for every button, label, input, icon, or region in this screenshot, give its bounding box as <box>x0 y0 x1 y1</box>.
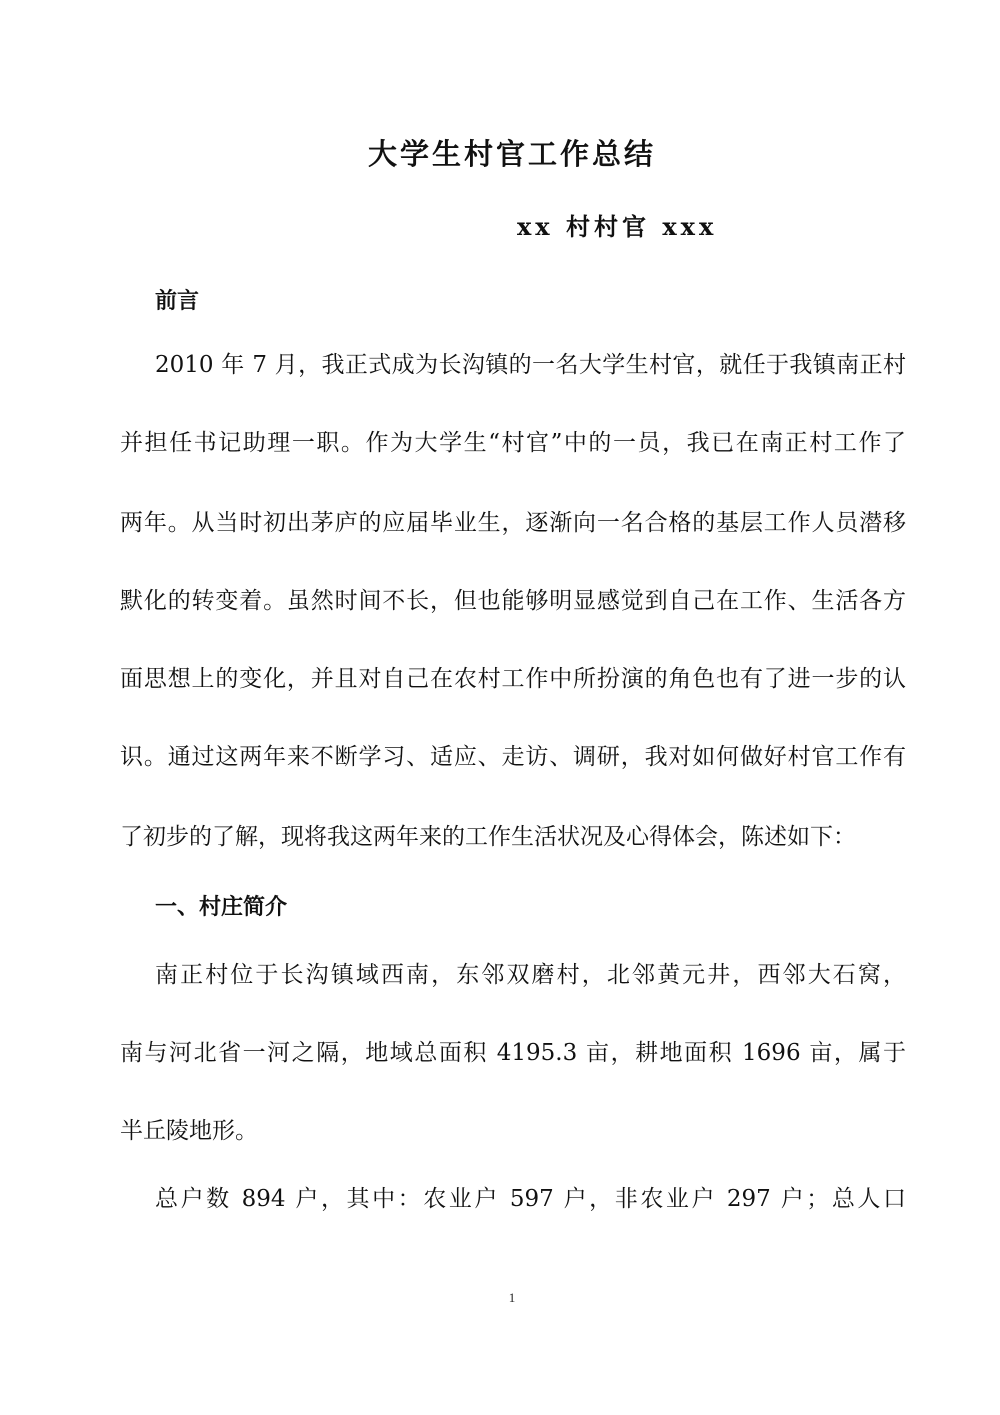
paragraph-line: 面思想上的变化，并且对自己在农村工作中所扮演的角色也有了进一步的认 <box>120 664 906 694</box>
paragraph-line: 半丘陵地形。 <box>120 1116 906 1146</box>
section-heading-preface: 前言 <box>155 284 199 315</box>
paragraph-line: 两年。从当时初出茅庐的应届毕业生，逐渐向一名合格的基层工作人员潜移 <box>120 508 906 538</box>
section-heading-village-intro: 一、村庄简介 <box>155 890 287 921</box>
author-line: xx 村村官 xxx <box>517 207 717 242</box>
paragraph-line: 识。通过这两年来不断学习、适应、走访、调研，我对如何做好村官工作有 <box>120 742 906 772</box>
paragraph-line: 并担任书记助理一职。作为大学生“村官”中的一员，我已在南正村工作了 <box>120 428 906 458</box>
document-title: 大学生村官工作总结 <box>0 132 1000 173</box>
page-number: 1 <box>0 1290 1000 1306</box>
paragraph-line: 总户数 894 户，其中：农业户 597 户，非农业户 297 户；总人口 <box>155 1184 906 1214</box>
paragraph-line: 了初步的了解，现将我这两年来的工作生活状况及心得体会，陈述如下： <box>120 822 906 852</box>
paragraph-line: 默化的转变着。虽然时间不长，但也能够明显感觉到自己在工作、生活各方 <box>120 586 906 616</box>
paragraph-line: 2010 年 7 月，我正式成为长沟镇的一名大学生村官，就任于我镇南正村 <box>155 350 906 380</box>
document-page: 大学生村官工作总结 xx 村村官 xxx 前言 2010 年 7 月，我正式成为… <box>0 0 1000 1415</box>
paragraph-line: 南与河北省一河之隔，地域总面积 4195.3 亩，耕地面积 1696 亩，属于 <box>120 1038 906 1068</box>
paragraph-line: 南正村位于长沟镇域西南，东邻双磨村，北邻黄元井，西邻大石窝， <box>155 960 906 990</box>
